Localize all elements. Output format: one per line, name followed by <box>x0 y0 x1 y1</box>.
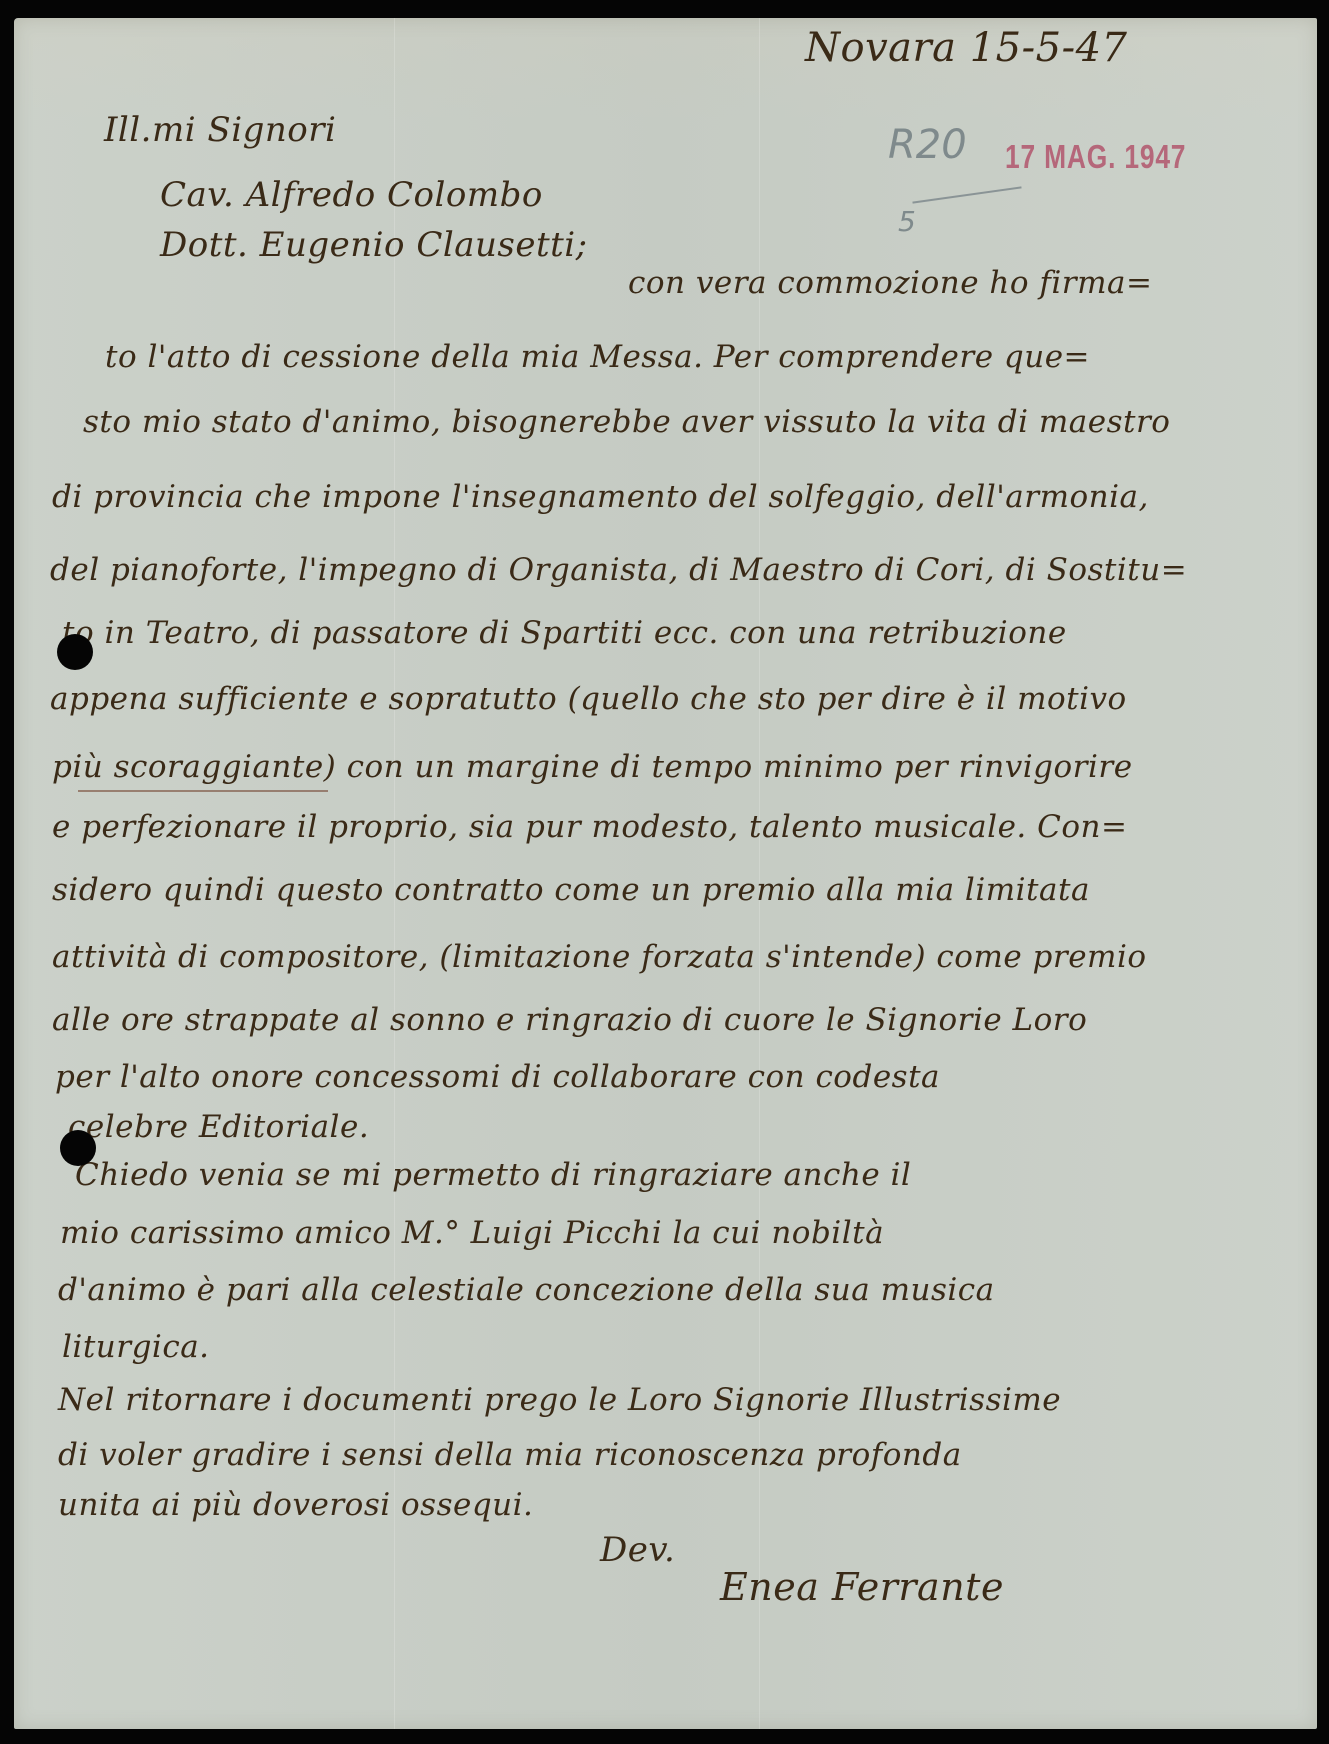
punch-hole <box>57 634 93 670</box>
body-line: di voler gradire i sensi della mia ricon… <box>58 1440 962 1471</box>
body-line: celebre Editoriale. <box>68 1112 369 1143</box>
body-line: alle ore strappate al sonno e ringrazio … <box>52 1005 1087 1036</box>
closing: Dev. <box>600 1530 675 1570</box>
body-line: e perfezionare il proprio, sia pur modes… <box>52 812 1127 843</box>
body-line: sto mio stato d'animo, bisognerebbe aver… <box>83 407 1170 438</box>
body-line: mio carissimo amico M.° Luigi Picchi la … <box>60 1218 884 1249</box>
body-line: per l'alto onore concessomi di collabora… <box>55 1062 940 1093</box>
place-date: Novara 15-5-47 <box>805 25 1128 71</box>
body-line: di provincia che impone l'insegnamento d… <box>52 482 1149 513</box>
body-line: to l'atto di cessione della mia Messa. P… <box>105 342 1090 373</box>
underline-scoraggiante <box>78 790 328 792</box>
body-line: attività di compositore, (limitazione fo… <box>52 942 1147 973</box>
body-line: del pianoforte, l'impegno di Organista, … <box>50 555 1187 586</box>
salutation: Ill.mi Signori <box>104 110 336 150</box>
body-line: con vera commozione ho firma= <box>628 268 1152 299</box>
body-line: Chiedo venia se mi permetto di ringrazia… <box>75 1160 911 1191</box>
body-line: to in Teatro, di passatore di Spartiti e… <box>62 618 1067 649</box>
body-line: Nel ritornare i documenti prego le Loro … <box>58 1385 1061 1416</box>
archive-pencil-mark: R20 <box>888 122 967 168</box>
archive-pencil-number: 5 <box>898 205 916 238</box>
body-line: sidero quindi questo contratto come un p… <box>52 875 1090 906</box>
body-line: appena sufficiente e sopratutto (quello … <box>50 684 1127 715</box>
received-date-stamp: 17 MAG. 1947 <box>1005 138 1186 176</box>
body-line: d'animo è pari alla celestiale concezion… <box>58 1275 995 1306</box>
recipient-1: Cav. Alfredo Colombo <box>160 175 543 215</box>
recipient-2: Dott. Eugenio Clausetti; <box>160 225 588 265</box>
body-line: liturgica. <box>62 1332 210 1363</box>
body-line: unita ai più doverosi ossequi. <box>58 1490 533 1521</box>
body-line: più scoraggiante) con un margine di temp… <box>52 752 1133 783</box>
signature: Enea Ferrante <box>720 1565 1004 1609</box>
punch-hole <box>60 1130 96 1166</box>
